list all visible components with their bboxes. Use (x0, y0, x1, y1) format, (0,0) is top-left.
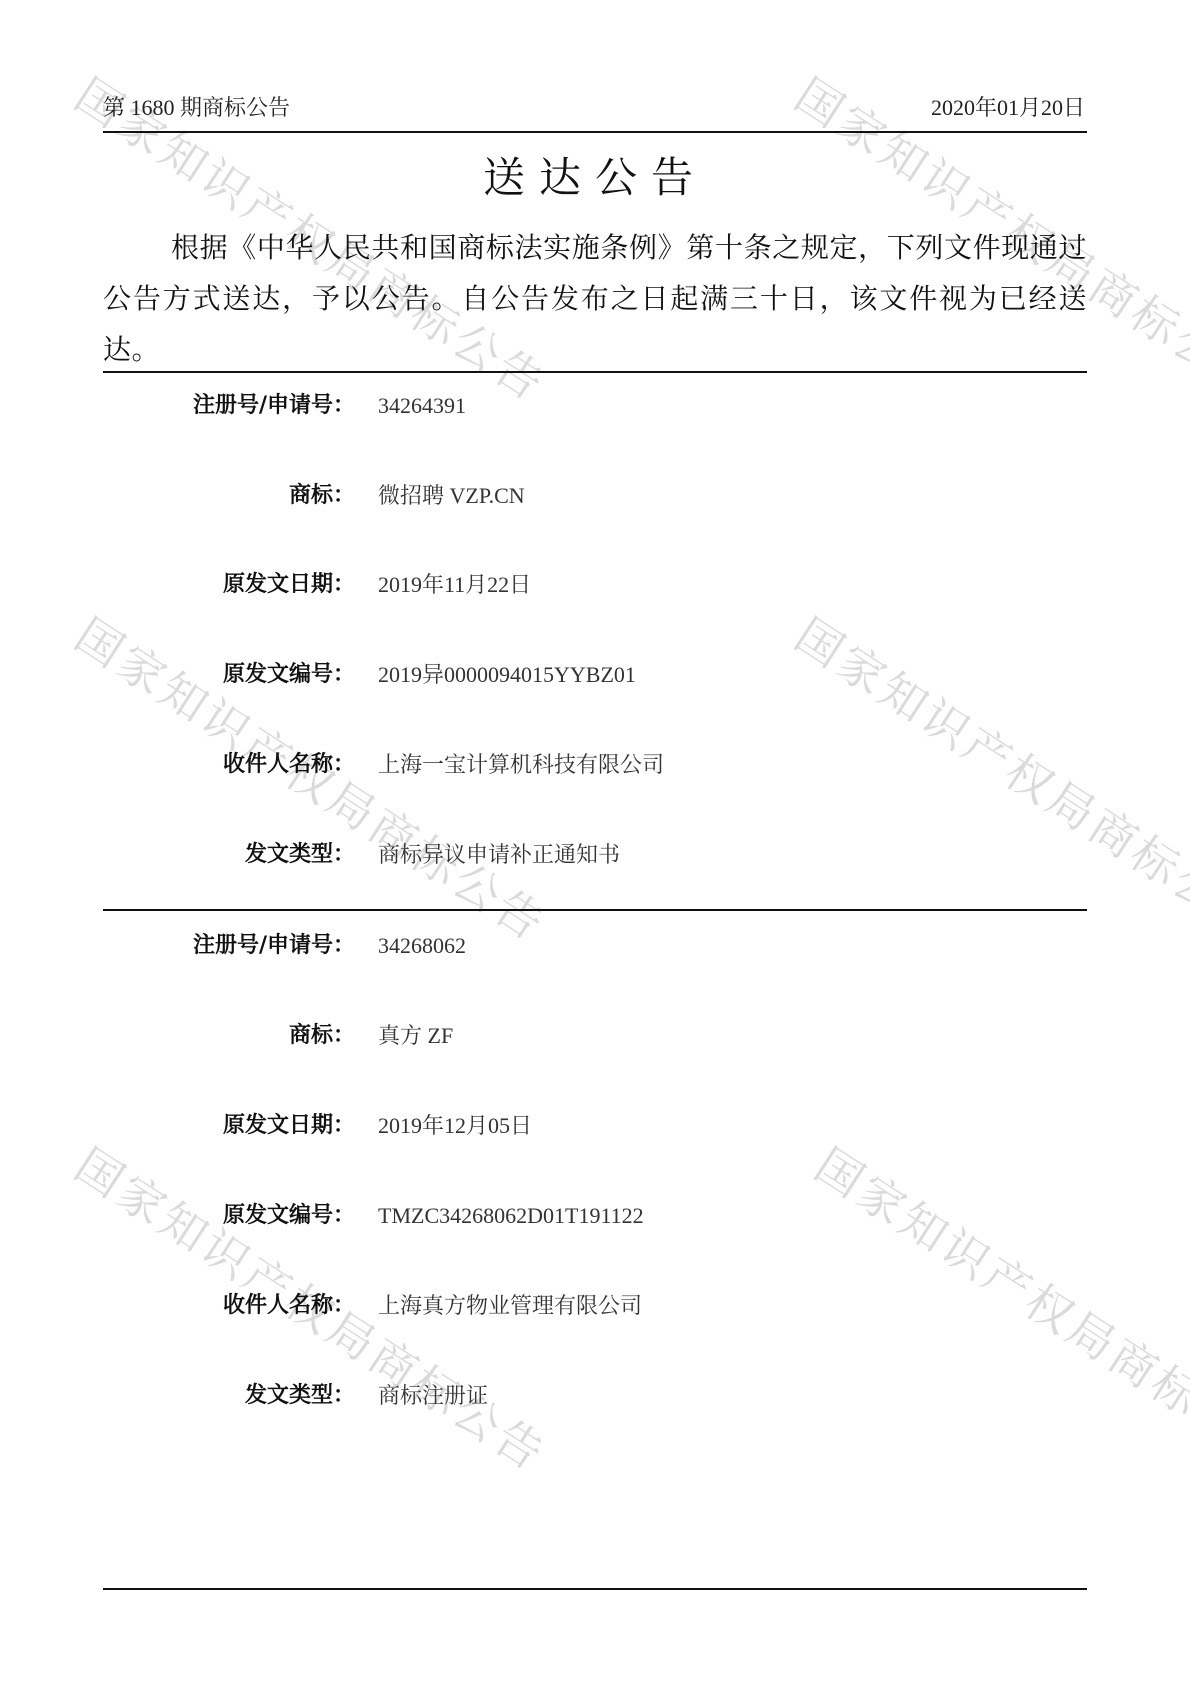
footer-rule (103, 1588, 1087, 1590)
field-recipient: 收件人名称： 上海一宝计算机科技有限公司 (0, 749, 1190, 789)
label-recipient: 收件人名称： (223, 749, 355, 781)
value-orig-date: 2019年11月22日 (378, 569, 531, 601)
field-reg-no: 注册号/申请号： 34264391 (0, 390, 1190, 430)
label-recipient: 收件人名称： (223, 1290, 355, 1322)
label-orig-no: 原发文编号： (223, 659, 355, 691)
section-divider (103, 371, 1087, 373)
field-trademark: 商标： 真方 ZF (0, 1020, 1190, 1060)
header-rule (103, 131, 1087, 133)
value-reg-no: 34264391 (378, 390, 466, 422)
value-reg-no: 34268062 (378, 930, 466, 962)
label-reg-no: 注册号/申请号： (193, 390, 355, 422)
value-trademark: 微招聘 VZP.CN (378, 480, 525, 512)
value-trademark: 真方 ZF (378, 1020, 453, 1052)
label-trademark: 商标： (289, 1020, 355, 1052)
issue-number: 第 1680 期商标公告 (103, 94, 290, 122)
value-recipient: 上海真方物业管理有限公司 (378, 1290, 642, 1322)
document-page: 国家知识产权局商标公告 国家知识产权局商标公告 国家知识产权局商标公告 国家知识… (0, 0, 1190, 1684)
value-orig-no: TMZC34268062D01T191122 (378, 1200, 644, 1232)
field-orig-no: 原发文编号： TMZC34268062D01T191122 (0, 1200, 1190, 1240)
value-doc-type: 商标注册证 (378, 1380, 488, 1412)
field-trademark: 商标： 微招聘 VZP.CN (0, 480, 1190, 520)
value-recipient: 上海一宝计算机科技有限公司 (378, 749, 664, 781)
field-doc-type: 发文类型： 商标异议申请补正通知书 (0, 839, 1190, 879)
intro-paragraph: 根据《中华人民共和国商标法实施条例》第十条之规定，下列文件现通过公告方式送达，予… (103, 222, 1087, 375)
label-orig-date: 原发文日期： (223, 1110, 355, 1142)
value-orig-no: 2019异0000094015YYBZ01 (378, 659, 636, 691)
page-title: 送达公告 (0, 150, 1190, 206)
field-orig-no: 原发文编号： 2019异0000094015YYBZ01 (0, 659, 1190, 699)
field-recipient: 收件人名称： 上海真方物业管理有限公司 (0, 1290, 1190, 1330)
section-divider (103, 909, 1087, 911)
label-orig-no: 原发文编号： (223, 1200, 355, 1232)
field-orig-date: 原发文日期： 2019年11月22日 (0, 569, 1190, 609)
label-doc-type: 发文类型： (245, 839, 355, 871)
value-doc-type: 商标异议申请补正通知书 (378, 839, 620, 871)
field-doc-type: 发文类型： 商标注册证 (0, 1380, 1190, 1420)
label-doc-type: 发文类型： (245, 1380, 355, 1412)
field-orig-date: 原发文日期： 2019年12月05日 (0, 1110, 1190, 1150)
value-orig-date: 2019年12月05日 (378, 1110, 532, 1142)
label-trademark: 商标： (289, 480, 355, 512)
field-reg-no: 注册号/申请号： 34268062 (0, 930, 1190, 970)
label-reg-no: 注册号/申请号： (193, 930, 355, 962)
issue-date: 2020年01月20日 (931, 94, 1085, 122)
label-orig-date: 原发文日期： (223, 569, 355, 601)
